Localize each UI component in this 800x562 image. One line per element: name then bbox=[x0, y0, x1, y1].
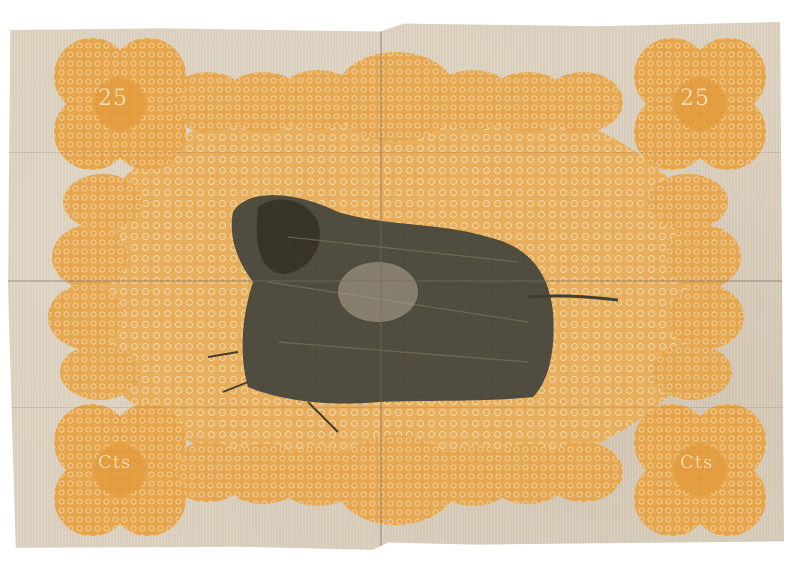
fold-line-horizontal bbox=[8, 280, 784, 282]
fold-line-upper bbox=[8, 152, 784, 153]
fold-line-vertical bbox=[380, 22, 382, 552]
banknote: 25 25 Cts Cts bbox=[8, 22, 784, 552]
denomination-top-right: 25 bbox=[680, 86, 710, 111]
currency-bottom-left: Cts bbox=[98, 452, 131, 473]
fold-line-lower bbox=[8, 407, 784, 408]
currency-bottom-right: Cts bbox=[680, 452, 713, 473]
denomination-top-left: 25 bbox=[98, 86, 128, 111]
